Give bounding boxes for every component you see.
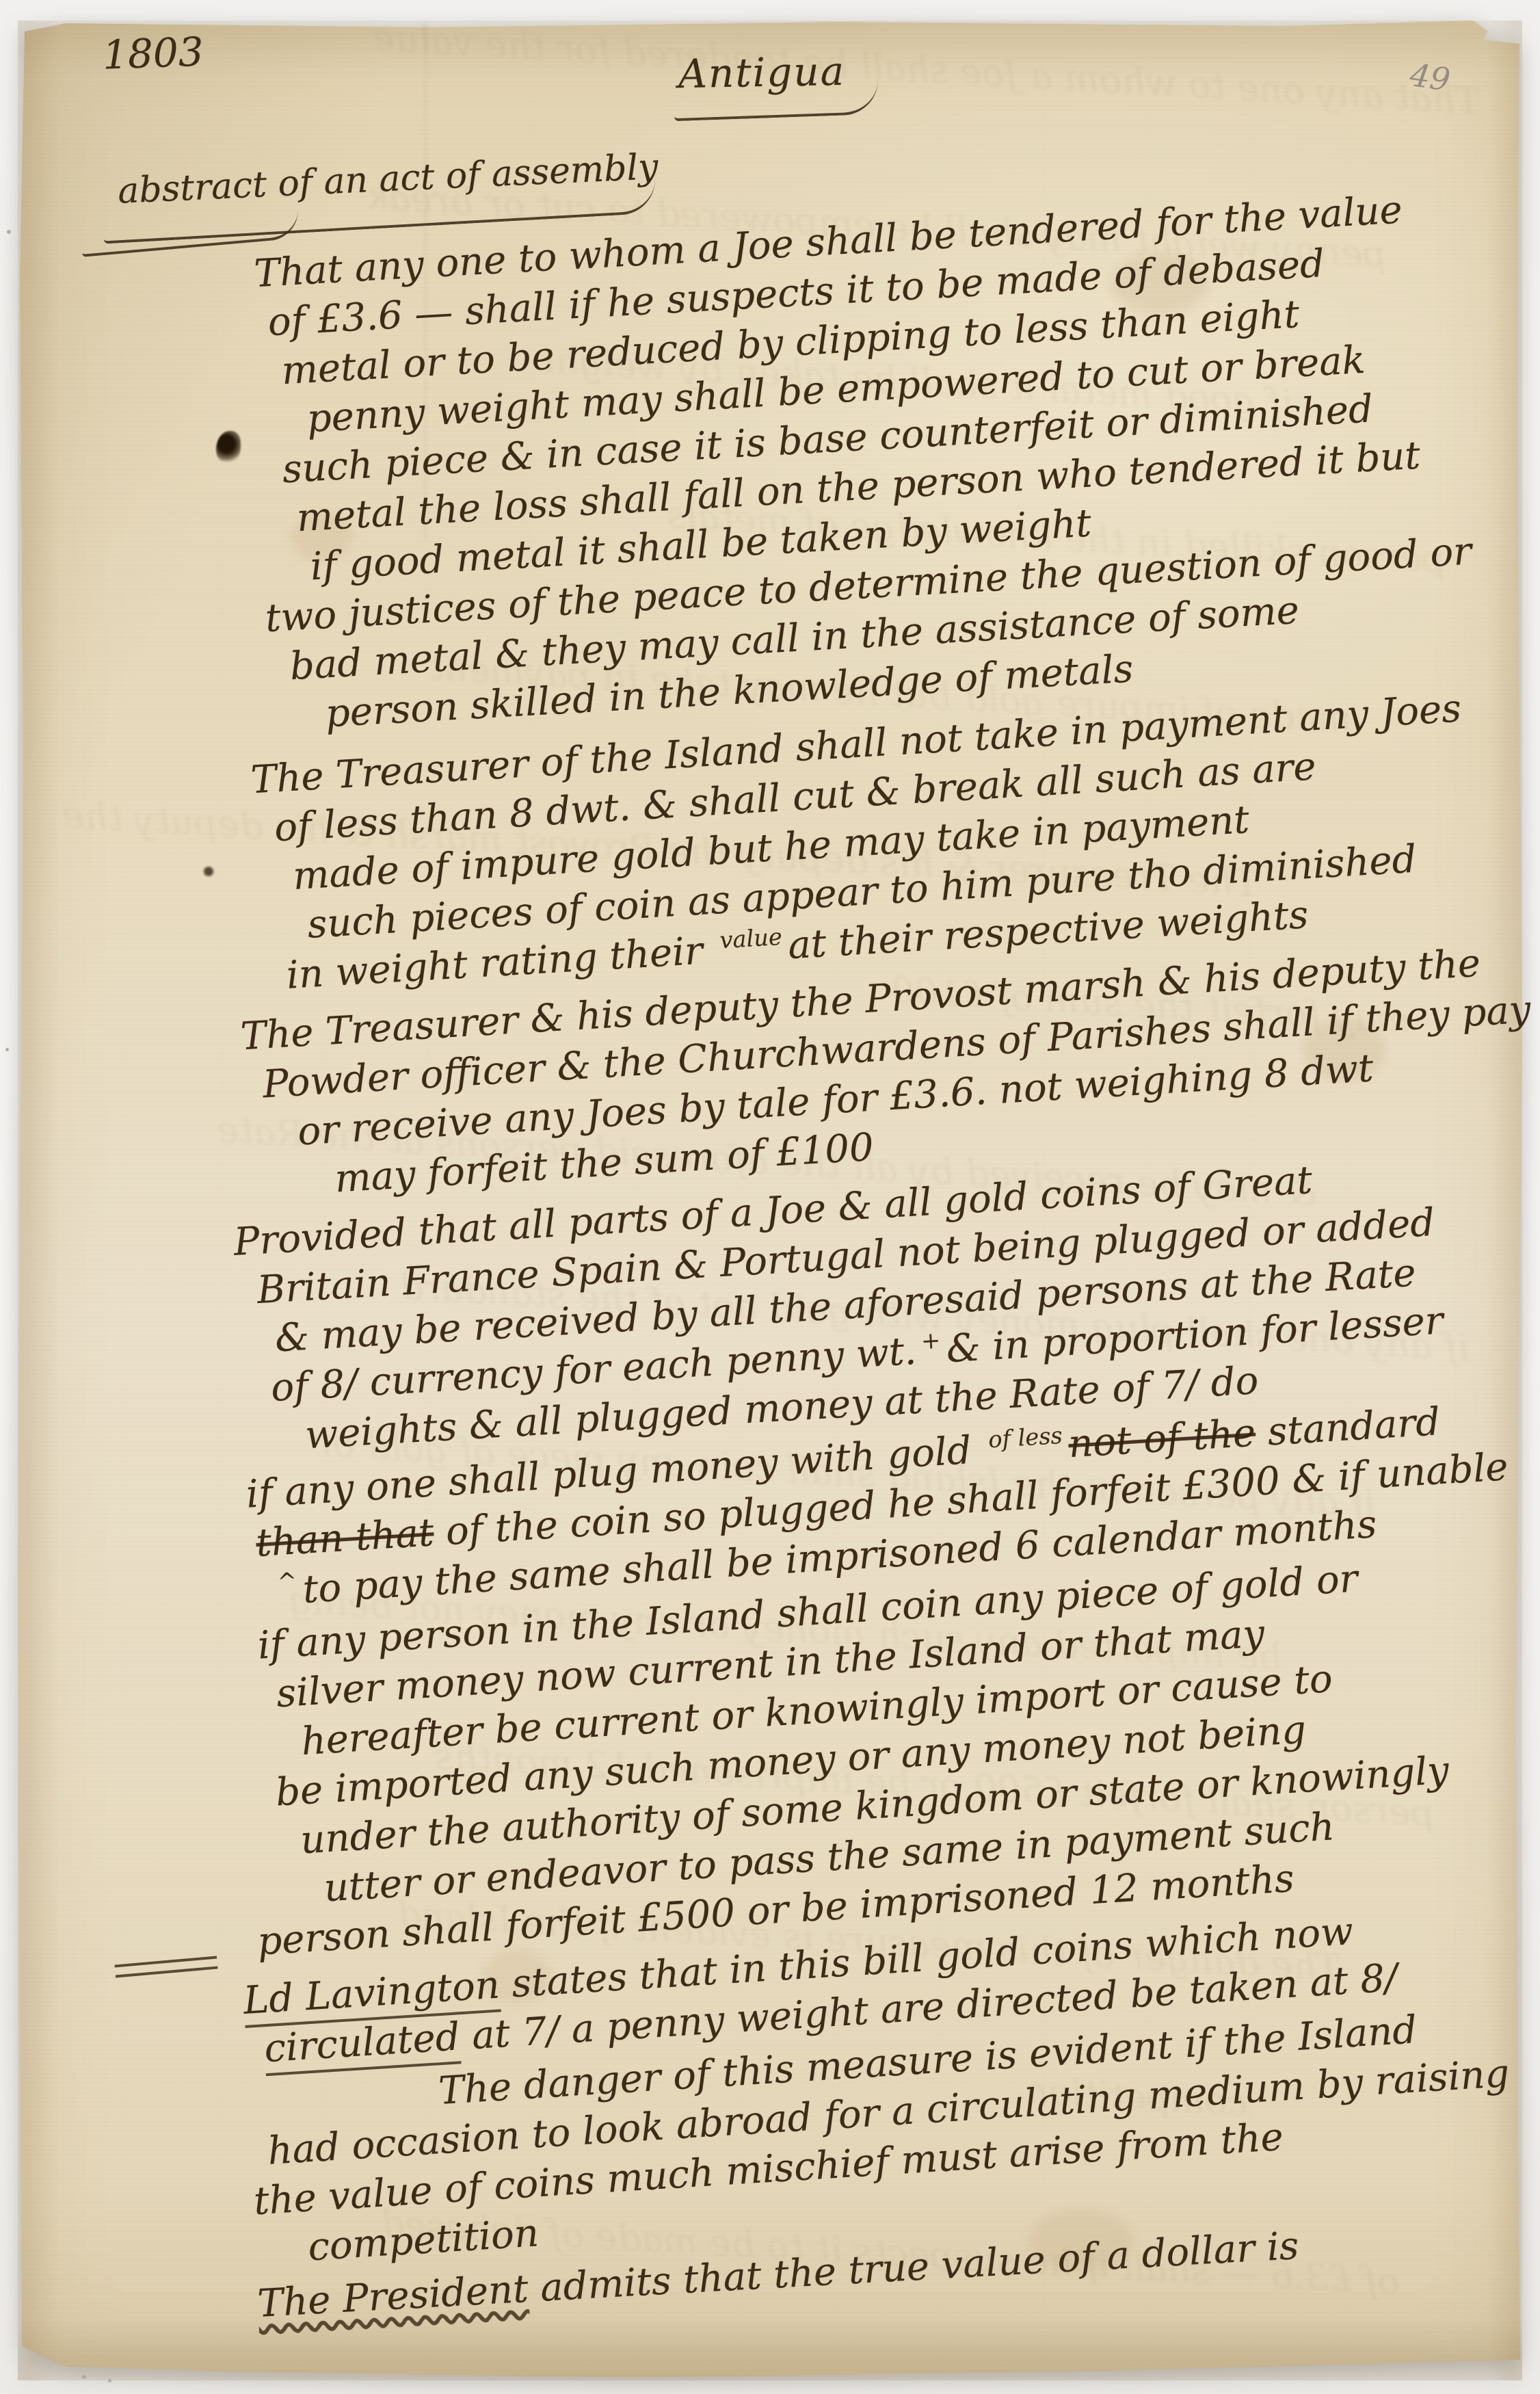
handwritten-text: standard <box>1254 1399 1442 1455</box>
folio-number: 49 <box>1408 56 1452 98</box>
manuscript-paragraph-6: if any person in the Island shall coin a… <box>233 1547 1516 1968</box>
scanned-manuscript-page: { "scan": { "backing_color": "#f2f1ef", … <box>0 0 1540 2394</box>
struck-text: not of the <box>1067 1411 1257 1467</box>
title-underline <box>673 79 879 121</box>
inserted-text: of less <box>987 1422 1063 1453</box>
scan-speck <box>7 230 11 234</box>
inserted-text: + <box>920 1327 941 1355</box>
ink-blot <box>202 866 215 877</box>
handwritten-text: circulated <box>263 2014 462 2076</box>
scan-speck <box>82 2375 86 2379</box>
manuscript-body: That any one to whom a Joe shall be tend… <box>233 252 1498 2331</box>
scan-speck <box>5 1048 9 1051</box>
handwritten-text: The President <box>256 2267 529 2326</box>
scan-speck <box>108 2379 111 2382</box>
year-annotation: 1803 <box>102 28 204 78</box>
struck-text: than that <box>254 1510 435 1566</box>
manuscript-paragraph-1: That any one to whom a Joe shall be tend… <box>233 181 1523 744</box>
inserted-text: ^ <box>277 1568 297 1596</box>
inserted-text: value <box>719 923 782 953</box>
